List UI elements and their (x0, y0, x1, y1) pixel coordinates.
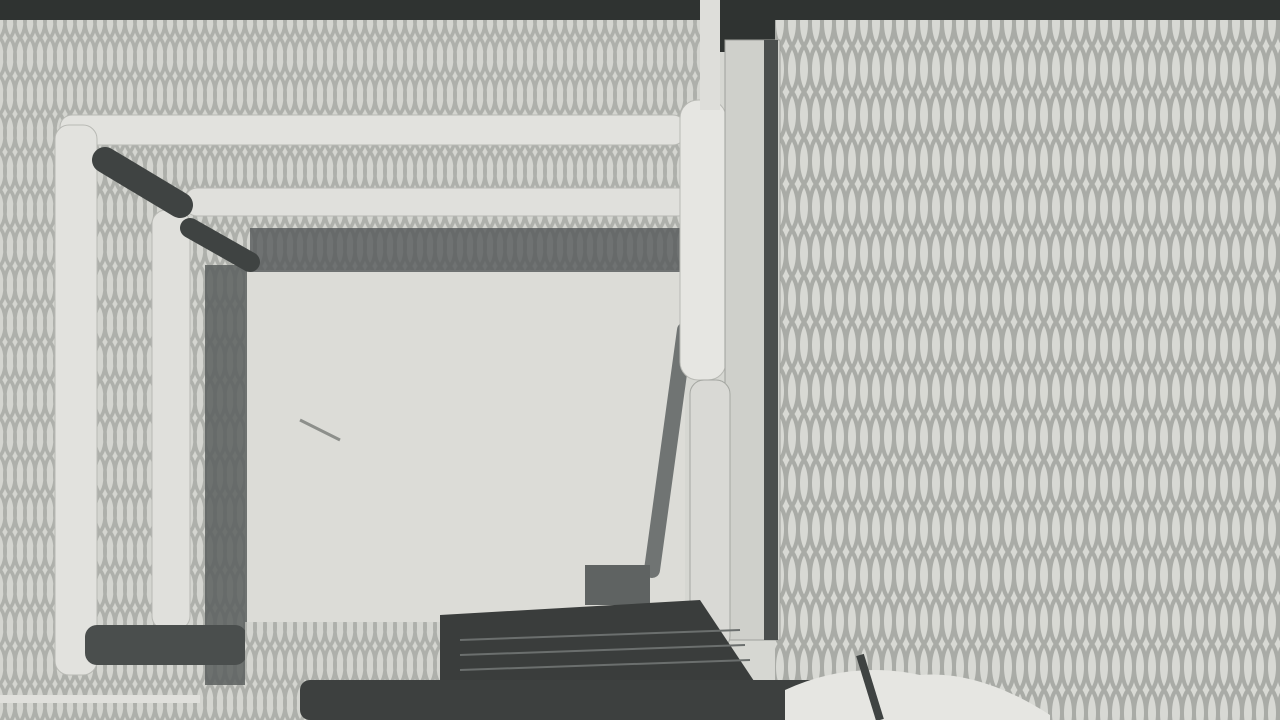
scene-drawing (0, 0, 1280, 720)
frosted-post (680, 100, 726, 380)
right-mesh (775, 20, 1280, 720)
frosted-pipe-top (60, 115, 685, 145)
frosted-pipe-left (55, 125, 97, 675)
webcam-photo (0, 0, 1280, 720)
machine-housing (300, 680, 820, 720)
